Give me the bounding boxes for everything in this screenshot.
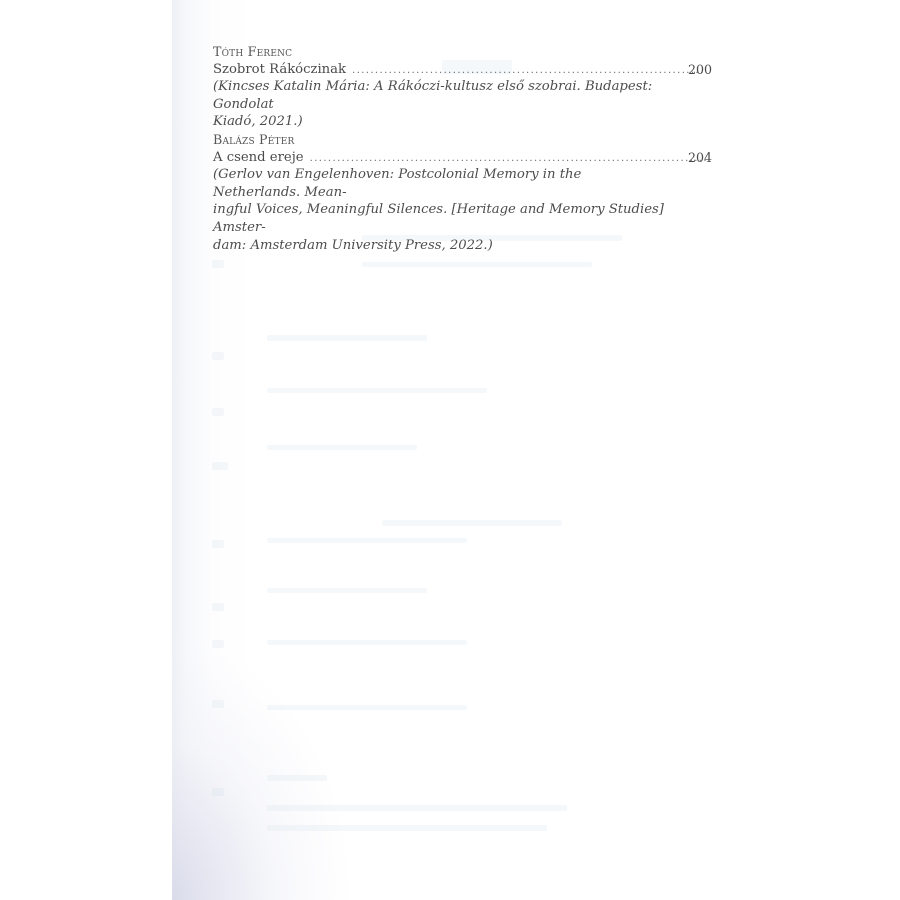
entry-page-number: 204 (688, 149, 712, 167)
entry-page-number: 200 (688, 61, 712, 79)
entry-title[interactable]: Szobrot Rákóczinak (213, 61, 346, 79)
reviewed-work-line: ingful Voices, Meaningful Silences. [Her… (213, 201, 671, 236)
reviewed-work-line: dam: Amsterdam University Press, 2022.) (213, 237, 671, 255)
entry-reviewed-work: (Gerlov van Engelenhoven: Postcolonial M… (213, 166, 671, 254)
book-page: Tóth Ferenc Szobrot Rákóczinak 200 (Kinc… (172, 0, 730, 900)
toc-entry: Balázs Péter A csend ereje 204 (Gerlov v… (213, 131, 713, 254)
toc-entry: Tóth Ferenc Szobrot Rákóczinak 200 (Kinc… (213, 43, 713, 131)
entry-reviewed-work: (Kincses Katalin Mária: A Rákóczi-kultus… (213, 78, 671, 131)
dot-leader (352, 62, 706, 80)
entry-title[interactable]: A csend ereje (213, 149, 304, 167)
table-of-contents: Tóth Ferenc Szobrot Rákóczinak 200 (Kinc… (213, 43, 713, 254)
entry-author: Tóth Ferenc (213, 43, 713, 61)
reviewed-work-line: (Gerlov van Engelenhoven: Postcolonial M… (213, 166, 671, 201)
entry-title-row[interactable]: A csend ereje 204 (213, 149, 710, 167)
entry-title-row[interactable]: Szobrot Rákóczinak 200 (213, 61, 710, 79)
reviewed-work-line: Kiadó, 2021.) (213, 113, 671, 131)
entry-author: Balázs Péter (213, 131, 713, 149)
dot-leader (310, 150, 706, 168)
scanned-page-view: Tóth Ferenc Szobrot Rákóczinak 200 (Kinc… (0, 0, 900, 900)
reviewed-work-line: (Kincses Katalin Mária: A Rákóczi-kultus… (213, 78, 671, 113)
